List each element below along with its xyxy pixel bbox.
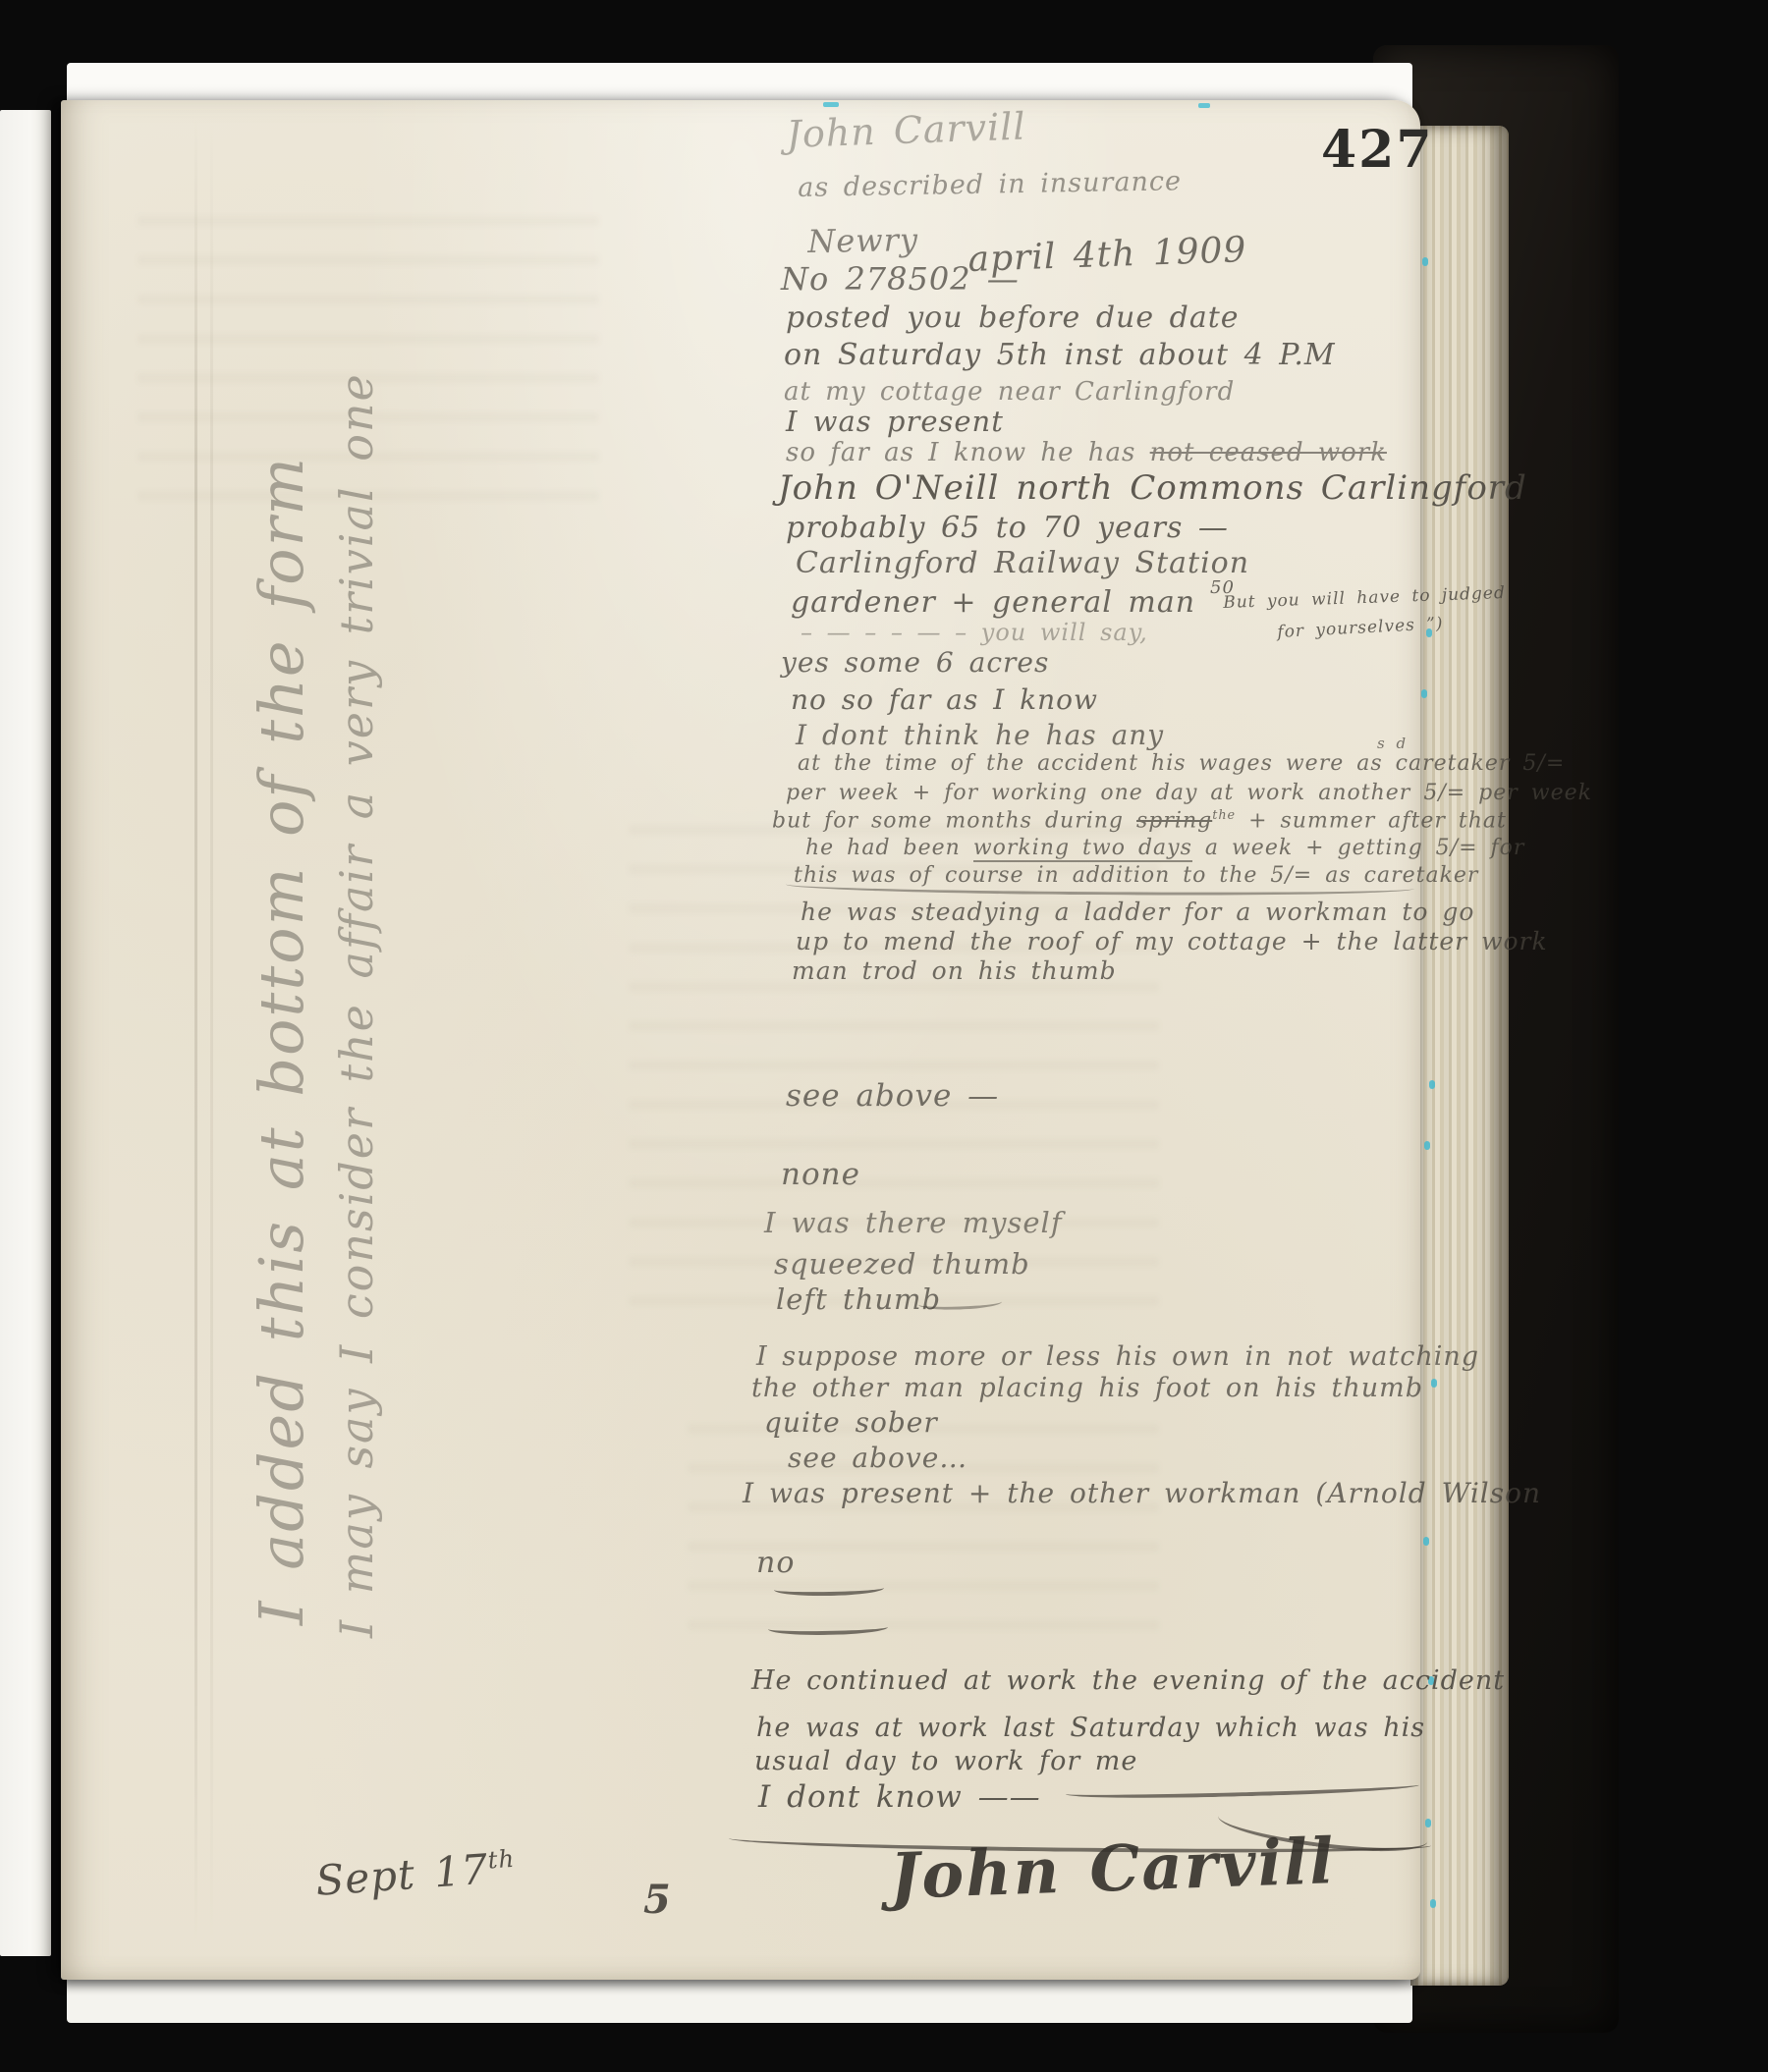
cyan-speck (1423, 1537, 1429, 1546)
occupation-line: gardener + general man (791, 587, 1195, 619)
wages-line-4: he had been working two days a week + ge… (805, 837, 1524, 859)
facing-page-edge (0, 110, 51, 1956)
ceased-struck: not ceased work (1150, 438, 1387, 467)
margin-note-2: I may say I consider the affair a very t… (330, 372, 383, 1638)
cyan-tick (1198, 103, 1210, 108)
page-number: 427 (1321, 120, 1434, 180)
faint-note-line: – — – – — – you will say, (801, 621, 1148, 645)
land-answer: yes some 6 acres (781, 648, 1049, 677)
ceased-pre: so far as I know he has (786, 438, 1150, 467)
none-answer: none (781, 1159, 860, 1191)
wages-3b: + summer after that (1236, 808, 1507, 833)
posted-line: posted you before due date (786, 302, 1240, 334)
wages-3-struck: spring (1136, 808, 1212, 833)
cyan-speck (1430, 1899, 1436, 1908)
cyan-speck (1424, 1141, 1430, 1150)
described-line: as described in insurance (798, 168, 1182, 202)
closing-line-3: usual day to work for me (754, 1748, 1137, 1775)
cyan-tick (823, 102, 839, 107)
closing-line-1: He continued at work the evening of the … (751, 1667, 1505, 1695)
cyan-speck (1425, 1819, 1431, 1827)
cyan-speck (1431, 1379, 1437, 1388)
wages-4a: he had been (805, 836, 973, 860)
wages-line-1: at the time of the accident his wages we… (798, 752, 1565, 775)
accident-line-3: man trod on his thumb (792, 958, 1117, 984)
page-edges-stack (1410, 126, 1509, 1986)
footer-number: 5 (643, 1880, 672, 1921)
see-above-2: see above… (788, 1444, 967, 1472)
wages-line-2: per week + for working one day at work a… (786, 782, 1592, 804)
worker-age-line: probably 65 to 70 years — (786, 513, 1229, 544)
fault-line-1: I suppose more or less his own in not wa… (756, 1343, 1479, 1371)
signature: John Carvill (889, 1828, 1337, 1910)
sober-answer: quite sober (764, 1408, 938, 1437)
there-answer: I was there myself (764, 1208, 1063, 1237)
footer-date-suffix: th (487, 1844, 516, 1875)
see-above-1: see above — (786, 1080, 999, 1113)
wages-line-3: but for some months during springthe + s… (772, 809, 1507, 832)
present-line: I was present (786, 407, 1004, 436)
wages-4-underlined: working two days (973, 836, 1192, 862)
witness-line: I was present + the other workman (Arnol… (743, 1479, 1541, 1507)
claimant-name-faint: John Carvill (786, 107, 1026, 154)
closing-line-4: I dont know —— (758, 1781, 1041, 1814)
accident-line-1: he was steadying a ladder for a workman … (801, 900, 1474, 925)
left-thumb-answer: left thumb (776, 1284, 941, 1314)
town-line: Newry (807, 224, 918, 259)
wages-sup: s d (1377, 736, 1407, 752)
cyan-speck (1421, 689, 1427, 698)
no-answer: no (756, 1548, 795, 1579)
ceased-work-line: so far as I know he has not ceased work (786, 440, 1387, 466)
squeezed-answer: squeezed thumb (774, 1249, 1030, 1279)
know-answer: no so far as I know (791, 685, 1098, 714)
station-line: Carlingford Railway Station (796, 548, 1249, 579)
wages-4b: a week + getting 5/= for (1192, 836, 1525, 860)
accident-line-2: up to mend the roof of my cottage + the … (796, 929, 1548, 954)
when-line: on Saturday 5th inst about 4 P.M (784, 340, 1336, 371)
book-scan: 427 I added this at bottom of the form I… (0, 0, 1768, 2072)
cyan-speck (1429, 1080, 1435, 1089)
cyan-speck (1422, 257, 1428, 266)
margin-note-1: I added this at bottom of the form (246, 456, 317, 1625)
where-line: at my cottage near Carlingford (784, 379, 1235, 406)
worker-name-line: John O'Neill north Commons Carlingford (778, 471, 1527, 507)
wages-3a: but for some months during (772, 808, 1136, 833)
wages-3-inserted: the (1212, 808, 1236, 823)
fault-line-2: the other man placing his foot on his th… (751, 1375, 1423, 1402)
dependants-answer: I dont think he has any (796, 721, 1164, 749)
closing-line-2: he was at work last Saturday which was h… (756, 1715, 1425, 1742)
